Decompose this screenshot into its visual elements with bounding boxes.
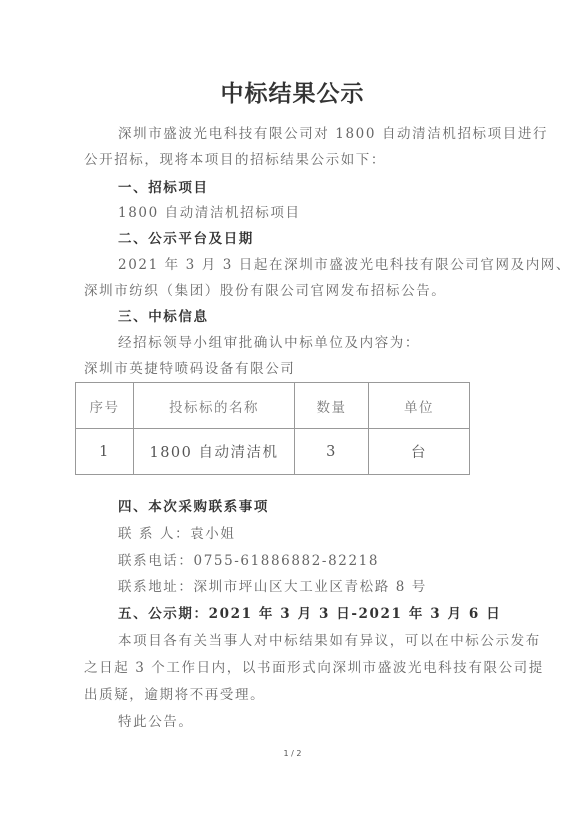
table-header-row: 序号 投标标的名称 数量 单位 [76,383,470,429]
table-cell: 1 [76,429,134,475]
table-row: 1 1800 自动清洁机 3 台 [76,429,470,475]
table-cell: 1800 自动清洁机 [134,429,295,475]
section5-line-3: 出质疑，逾期将不再受理。 [84,683,265,703]
header-cell: 投标标的名称 [134,383,295,429]
winner-name: 深圳市英捷特喷码设备有限公司 [84,357,295,377]
contact-phone: 联系电话：0755-61886882-82218 [118,549,379,569]
section5-line-2: 之日起 3 个工作日内，以书面形式向深圳市盛波光电科技有限公司提 [84,656,544,676]
contact-address: 联系地址：深圳市坪山区大工业区青松路 8 号 [118,575,427,595]
intro-line-2: 公开招标，现将本项目的招标结果公示如下： [84,148,386,168]
section1-text: 1800 自动清洁机招标项目 [118,201,301,221]
intro-line-1: 深圳市盛波光电科技有限公司对 1800 自动清洁机招标项目进行 [118,122,548,142]
header-cell: 数量 [295,383,369,429]
section2-heading: 二、公示平台及日期 [118,227,254,247]
section1-heading: 一、招标项目 [118,176,209,196]
table-cell: 3 [295,429,369,475]
section3-text: 经招标领导小组审批确认中标单位及内容为： [118,331,420,351]
section2-line-2: 深圳市纺织（集团）股份有限公司官网发布招标公告。 [84,279,446,299]
result-table: 序号 投标标的名称 数量 单位 1 1800 自动清洁机 3 台 [75,382,470,475]
section2-line-1: 2021 年 3 月 3 日起在深圳市盛波光电科技有限公司官网及内网、 [118,253,571,273]
page-title: 中标结果公示 [0,75,585,108]
section5-heading: 五、公示期：2021 年 3 月 3 日-2021 年 3 月 6 日 [118,602,501,622]
header-cell: 单位 [369,383,470,429]
closing-text: 特此公告。 [118,710,194,730]
header-cell: 序号 [76,383,134,429]
contact-person: 联 系 人：袁小姐 [118,522,235,542]
section3-heading: 三、中标信息 [118,305,209,325]
section5-line-1: 本项目各有关当事人对中标结果如有异议，可以在中标公示发布 [118,629,541,649]
section4-heading: 四、本次采购联系事项 [118,495,269,515]
page-indicator: 1 / 2 [0,749,585,758]
table-cell: 台 [369,429,470,475]
